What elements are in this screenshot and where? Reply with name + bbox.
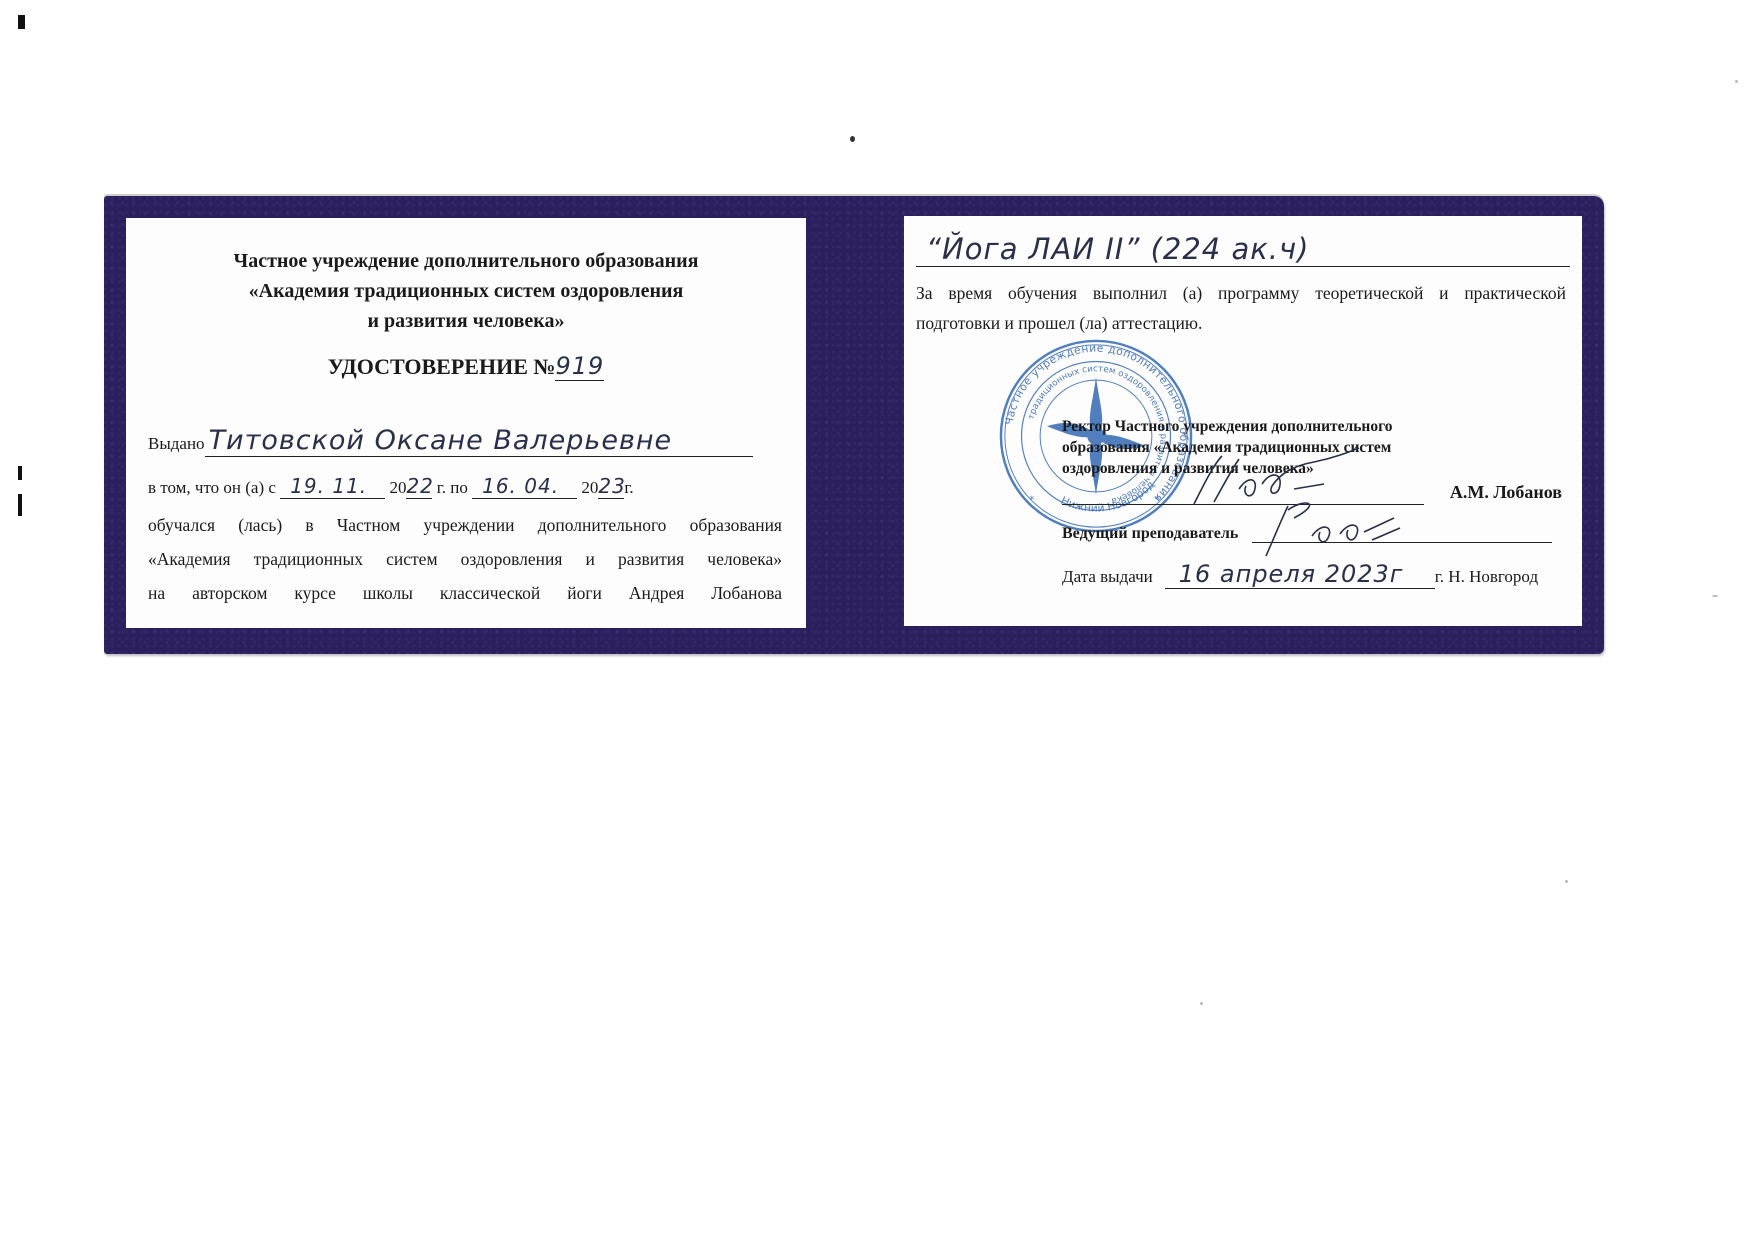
end-date: 16. 04. [472, 474, 577, 499]
rector-name: А.М. Лобанов [1450, 482, 1562, 503]
start-year-prefix: 20 [389, 478, 406, 497]
scan-speck [18, 494, 22, 516]
org-line: и развития человека» [126, 306, 806, 336]
organization-name: Частное учреждение дополнительного образ… [126, 246, 806, 336]
certificate-cover: Частное учреждение дополнительного образ… [104, 196, 1604, 654]
issued-to-row: ВыданоТитовской Оксане Валерьевне [148, 426, 776, 457]
scan-speck [1200, 1002, 1203, 1005]
certificate-number: 919 [555, 352, 604, 381]
issue-city: г. Н. Новгород [1435, 567, 1538, 586]
dates-mid: г. по [437, 478, 468, 497]
rector-title-line: оздоровления и развития человека» [1062, 458, 1472, 479]
completion-line: За время обучения выполнил (а) программу… [916, 278, 1566, 308]
scan-speck [18, 15, 25, 29]
teacher-signature-line [1252, 524, 1552, 543]
scan-speck [18, 466, 22, 480]
scan-speck [1735, 80, 1738, 83]
certificate-title-label: УДОСТОВЕРЕНИЕ № [328, 354, 556, 379]
completion-statement: За время обучения выполнил (а) программу… [916, 278, 1566, 338]
issue-date-label: Дата выдачи [1062, 567, 1153, 586]
end-year-suffix: 23 [598, 474, 624, 499]
teacher-signature-icon [1254, 488, 1404, 558]
end-year-prefix: 20 [581, 478, 598, 497]
rector-signature-line [1062, 504, 1424, 505]
certificate-left-page: Частное учреждение дополнительного образ… [126, 218, 806, 628]
issued-label: Выдано [148, 434, 205, 453]
teacher-label: Ведущий преподаватель [1062, 525, 1238, 542]
completion-line: подготовки и прошел (ла) аттестацию. [916, 308, 1566, 338]
rector-title-line: Ректор Частного учреждения дополнительно… [1062, 416, 1472, 437]
rector-title: Ректор Частного учреждения дополнительно… [1062, 416, 1570, 479]
issue-date-value: 16 апреля 2023г [1165, 560, 1435, 589]
svg-text:Нижний Новгород: Нижний Новгород [1059, 478, 1157, 515]
teacher-row: Ведущий преподаватель [1062, 524, 1570, 543]
rector-title-line: образования «Академия традиционных систе… [1062, 437, 1472, 458]
study-dates-row: в том, что он (а) с 19. 11. 2022 г. по 1… [148, 474, 776, 499]
issued-to-name: Титовской Оксане Валерьевне [205, 426, 753, 457]
start-date: 19. 11. [280, 474, 385, 499]
svg-text:*: * [1029, 495, 1034, 506]
course-name: “Йога ЛАИ II” (224 ак.ч) [916, 228, 1570, 267]
certificate-right-page: “Йога ЛАИ II” (224 ак.ч) За время обучен… [904, 216, 1582, 626]
scan-speck [1565, 880, 1568, 883]
dates-prefix: в том, что он (а) с [148, 478, 276, 497]
body-line: обучался (лась) в Частном учреждении доп… [148, 508, 782, 542]
certificate-title: УДОСТОВЕРЕНИЕ №919 [126, 352, 806, 381]
scan-speck [850, 136, 855, 142]
study-description: обучался (лась) в Частном учреждении доп… [148, 508, 782, 610]
org-line: «Академия традиционных систем оздоровлен… [126, 276, 806, 306]
dates-suffix: г. [624, 478, 633, 497]
scan-speck [1712, 595, 1718, 597]
body-line: на авторском курсе школы классической йо… [148, 576, 782, 610]
org-line: Частное учреждение дополнительного образ… [126, 246, 806, 276]
body-line: «Академия традиционных систем оздоровлен… [148, 542, 782, 576]
start-year-suffix: 22 [406, 474, 432, 499]
issue-date-row: Дата выдачи16 апреля 2023гг. Н. Новгород [1062, 560, 1570, 589]
